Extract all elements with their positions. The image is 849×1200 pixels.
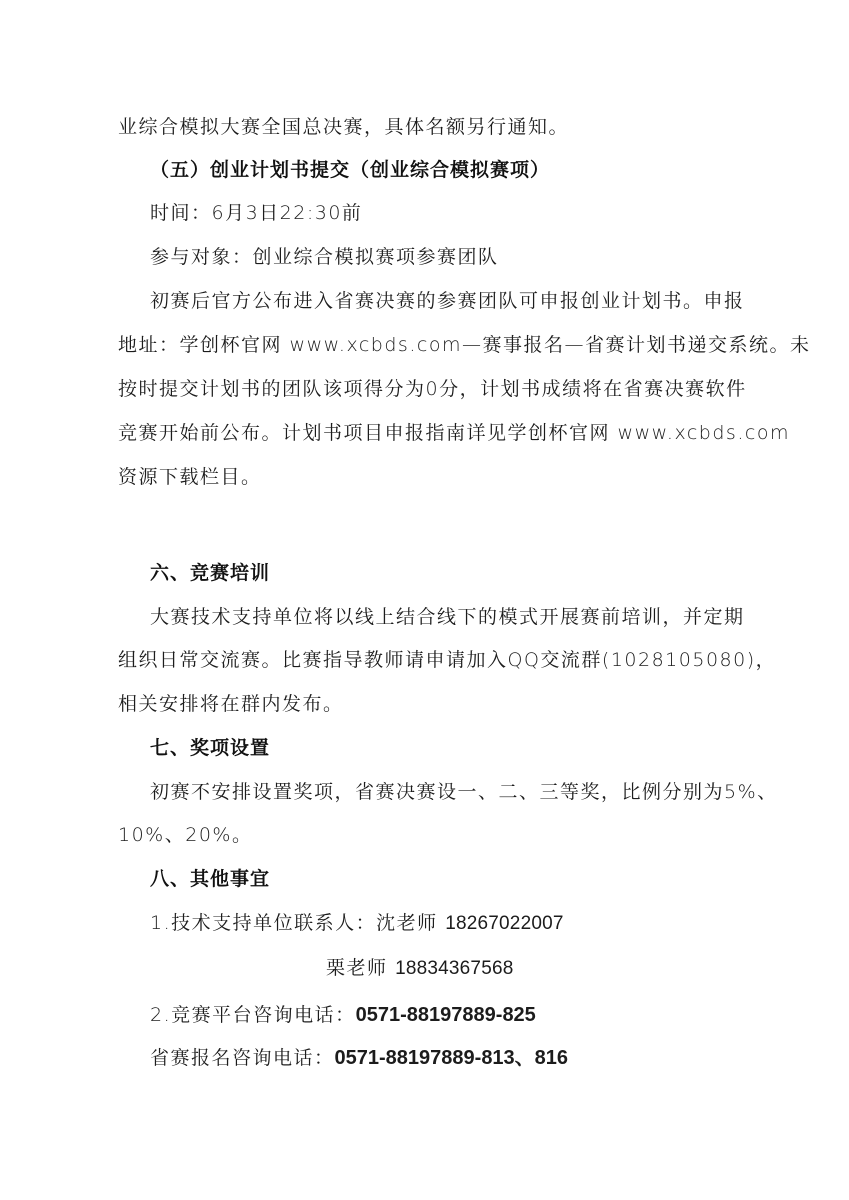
contact1-label: 1.技术支持单位联系人： (150, 912, 376, 934)
contact-line-1: 1.技术支持单位联系人：沈老师 18267022007 (150, 910, 734, 937)
section5-paragraph-line: 竞赛开始前公布。计划书项目申报指南详见学创杯官网 www.xcbds.com (118, 420, 734, 446)
section7-heading: 七、奖项设置 (150, 735, 734, 761)
contact1-name: 沈老师 (376, 912, 438, 934)
platform-phone: 0571-88197889-825 (356, 1004, 536, 1026)
section6-paragraph-line: 组织日常交流赛。比赛指导教师请申请加入QQ交流群(1028105080)， (118, 647, 734, 673)
provincial-phone-line: 省赛报名咨询电话：0571-88197889-813、816 (150, 1045, 734, 1071)
section7-paragraph-line: 10%、20%。 (118, 822, 734, 848)
section6-paragraph-line: 相关安排将在群内发布。 (118, 691, 734, 717)
section5-time: 时间：6月3日22:30前 (150, 200, 734, 226)
document-page: 业综合模拟大赛全国总决赛，具体名额另行通知。 （五）创业计划书提交（创业综合模拟… (0, 0, 849, 1200)
platform-phone-line: 2.竞赛平台咨询电话：0571-88197889-825 (150, 1002, 734, 1028)
section5-paragraph-line: 按时提交计划书的团队该项得分为0分，计划书成绩将在省赛决赛软件 (118, 376, 734, 402)
section6-heading: 六、竞赛培训 (150, 560, 734, 586)
section5-paragraph-line: 资源下载栏目。 (118, 464, 734, 490)
contact2-name: 栗老师 (326, 957, 388, 979)
section5-paragraph-line: 地址：学创杯官网 www.xcbds.com—赛事报名—省赛计划书递交系统。未 (118, 332, 734, 358)
section8-heading: 八、其他事宜 (150, 866, 734, 892)
platform-phone-label: 2.竞赛平台咨询电话： (150, 1004, 356, 1026)
provincial-phone: 0571-88197889-813、816 (335, 1047, 569, 1069)
section6-paragraph-line: 大赛技术支持单位将以线上结合线下的模式开展赛前培训，并定期 (150, 604, 734, 630)
section5-participants: 参与对象：创业综合模拟赛项参赛团队 (150, 244, 734, 270)
contact2-phone: 18834367568 (395, 958, 513, 979)
continuation-line: 业综合模拟大赛全国总决赛，具体名额另行通知。 (118, 114, 734, 140)
provincial-phone-label: 省赛报名咨询电话： (150, 1047, 335, 1069)
contact1-phone: 18267022007 (445, 913, 563, 934)
section5-heading: （五）创业计划书提交（创业综合模拟赛项） (150, 157, 734, 183)
section5-paragraph-line: 初赛后官方公布进入省赛决赛的参赛团队可申报创业计划书。申报 (150, 288, 734, 314)
section7-paragraph-line: 初赛不安排设置奖项，省赛决赛设一、二、三等奖，比例分别为5%、 (150, 779, 734, 805)
contact-line-2: 栗老师 18834367568 (326, 955, 849, 982)
